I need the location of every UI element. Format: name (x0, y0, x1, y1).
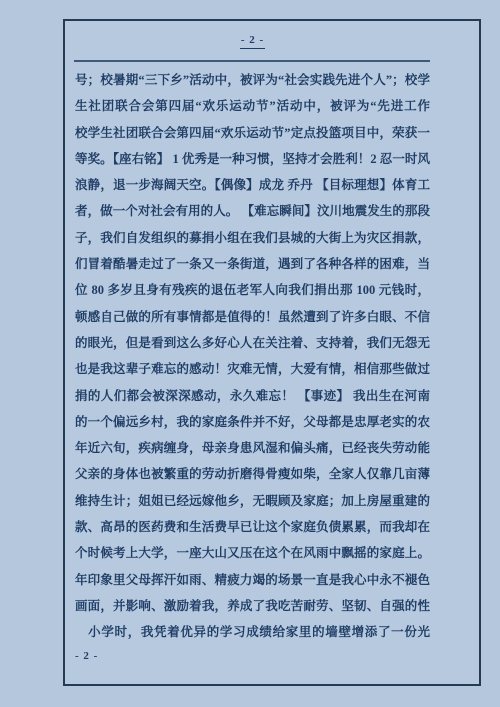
text-line: 生社团联合会第四届“欢乐运动节”活动中，被评为“先进工作者”； (75, 93, 430, 119)
header-page-number: - 2 - (240, 34, 265, 49)
text-line: 个时候考上大学，一座大山又压在这个在风雨中飘摇的家庭上。童 (75, 540, 430, 566)
text-line: 号；校暑期“三下乡”活动中，被评为“社会实践先进个人”；校学 (75, 67, 430, 93)
text-line: 的一个偏远乡村，我的家庭条件并不好，父母都是忠厚老实的农民， (75, 409, 430, 435)
text-line: 位 80 多岁且身有残疾的退伍老军人向我们捐出那 100 元钱时，我们 (75, 277, 430, 303)
document-page: - 2 - 号；校暑期“三下乡”活动中，被评为“社会实践先进个人”；校学生社团联… (63, 19, 481, 686)
text-line: 等奖。【座右铭】 1 优秀是一种习惯，坚持才会胜利！2 忍一时风平 (75, 146, 430, 172)
text-line: 捐的人们都会被深深感动，永久难忘！ 【事迹】 我出生在河南省 (75, 383, 430, 409)
text-line: 的眼光，但是看到这么多好心人在关注着、支持着，我们无怨无悔， (75, 330, 430, 356)
text-line: 者，做一个对社会有用的人。 【难忘瞬间】汶川地震发生的那段日 (75, 198, 430, 224)
text-line: 画面，并影响、激励着我，养成了我吃苦耐劳、坚韧、自强的性格。 (75, 593, 430, 619)
page-footer: - 2 - (75, 648, 430, 663)
text-line: 也是我这辈子难忘的感动！灾难无情，大爱有情，相信那些做过募 (75, 356, 430, 382)
document-canvas: { "colors": { "canvas_bg": "#b4c7dd", "p… (0, 0, 500, 707)
text-line: 小学时，我凭着优异的学习成绩给家里的墙壁增添了一份光芒，每 (75, 619, 430, 645)
text-line: 年近六旬，疾病缠身，母亲身患风湿和偏头痛，已经丧失劳动能力， (75, 435, 430, 461)
text-line: 校学生社团联合会第四届“欢乐运动节”定点投篮项目中，荣获一 (75, 120, 430, 146)
text-line: 父亲的身体也被繁重的劳动折磨得骨瘦如柴，全家人仅靠几亩薄田 (75, 461, 430, 487)
header-separator-line (74, 60, 430, 62)
text-line: 款、高昂的医药费和生活费早已让这个家庭负债累累，而我却在这 (75, 514, 430, 540)
text-line: 顿感自己做的所有事情都是值得的！虽然遭到了许多白眼、不信任 (75, 304, 430, 330)
text-line: 浪静，退一步海阔天空。【偶像】成龙 乔丹 【目标理想】体育工作 (75, 172, 430, 198)
page-header: - 2 - (75, 32, 430, 49)
footer-page-number: - 2 - (75, 650, 98, 662)
text-line: 们冒着酷暑走过了一条又一条街道，遇到了各种各样的困难，当一 (75, 251, 430, 277)
text-line: 维持生计；姐姐已经远嫁他乡，无暇顾及家庭；加上房屋重建的贷 (75, 488, 430, 514)
text-line: 年印象里父母挥汗如雨、精疲力竭的场景一直是我心中永不褪色的 (75, 567, 430, 593)
text-line: 子，我们自发组织的募捐小组在我们县城的大街上为灾区捐款，我 (75, 225, 430, 251)
document-body: 号；校暑期“三下乡”活动中，被评为“社会实践先进个人”；校学生社团联合会第四届“… (75, 67, 430, 646)
